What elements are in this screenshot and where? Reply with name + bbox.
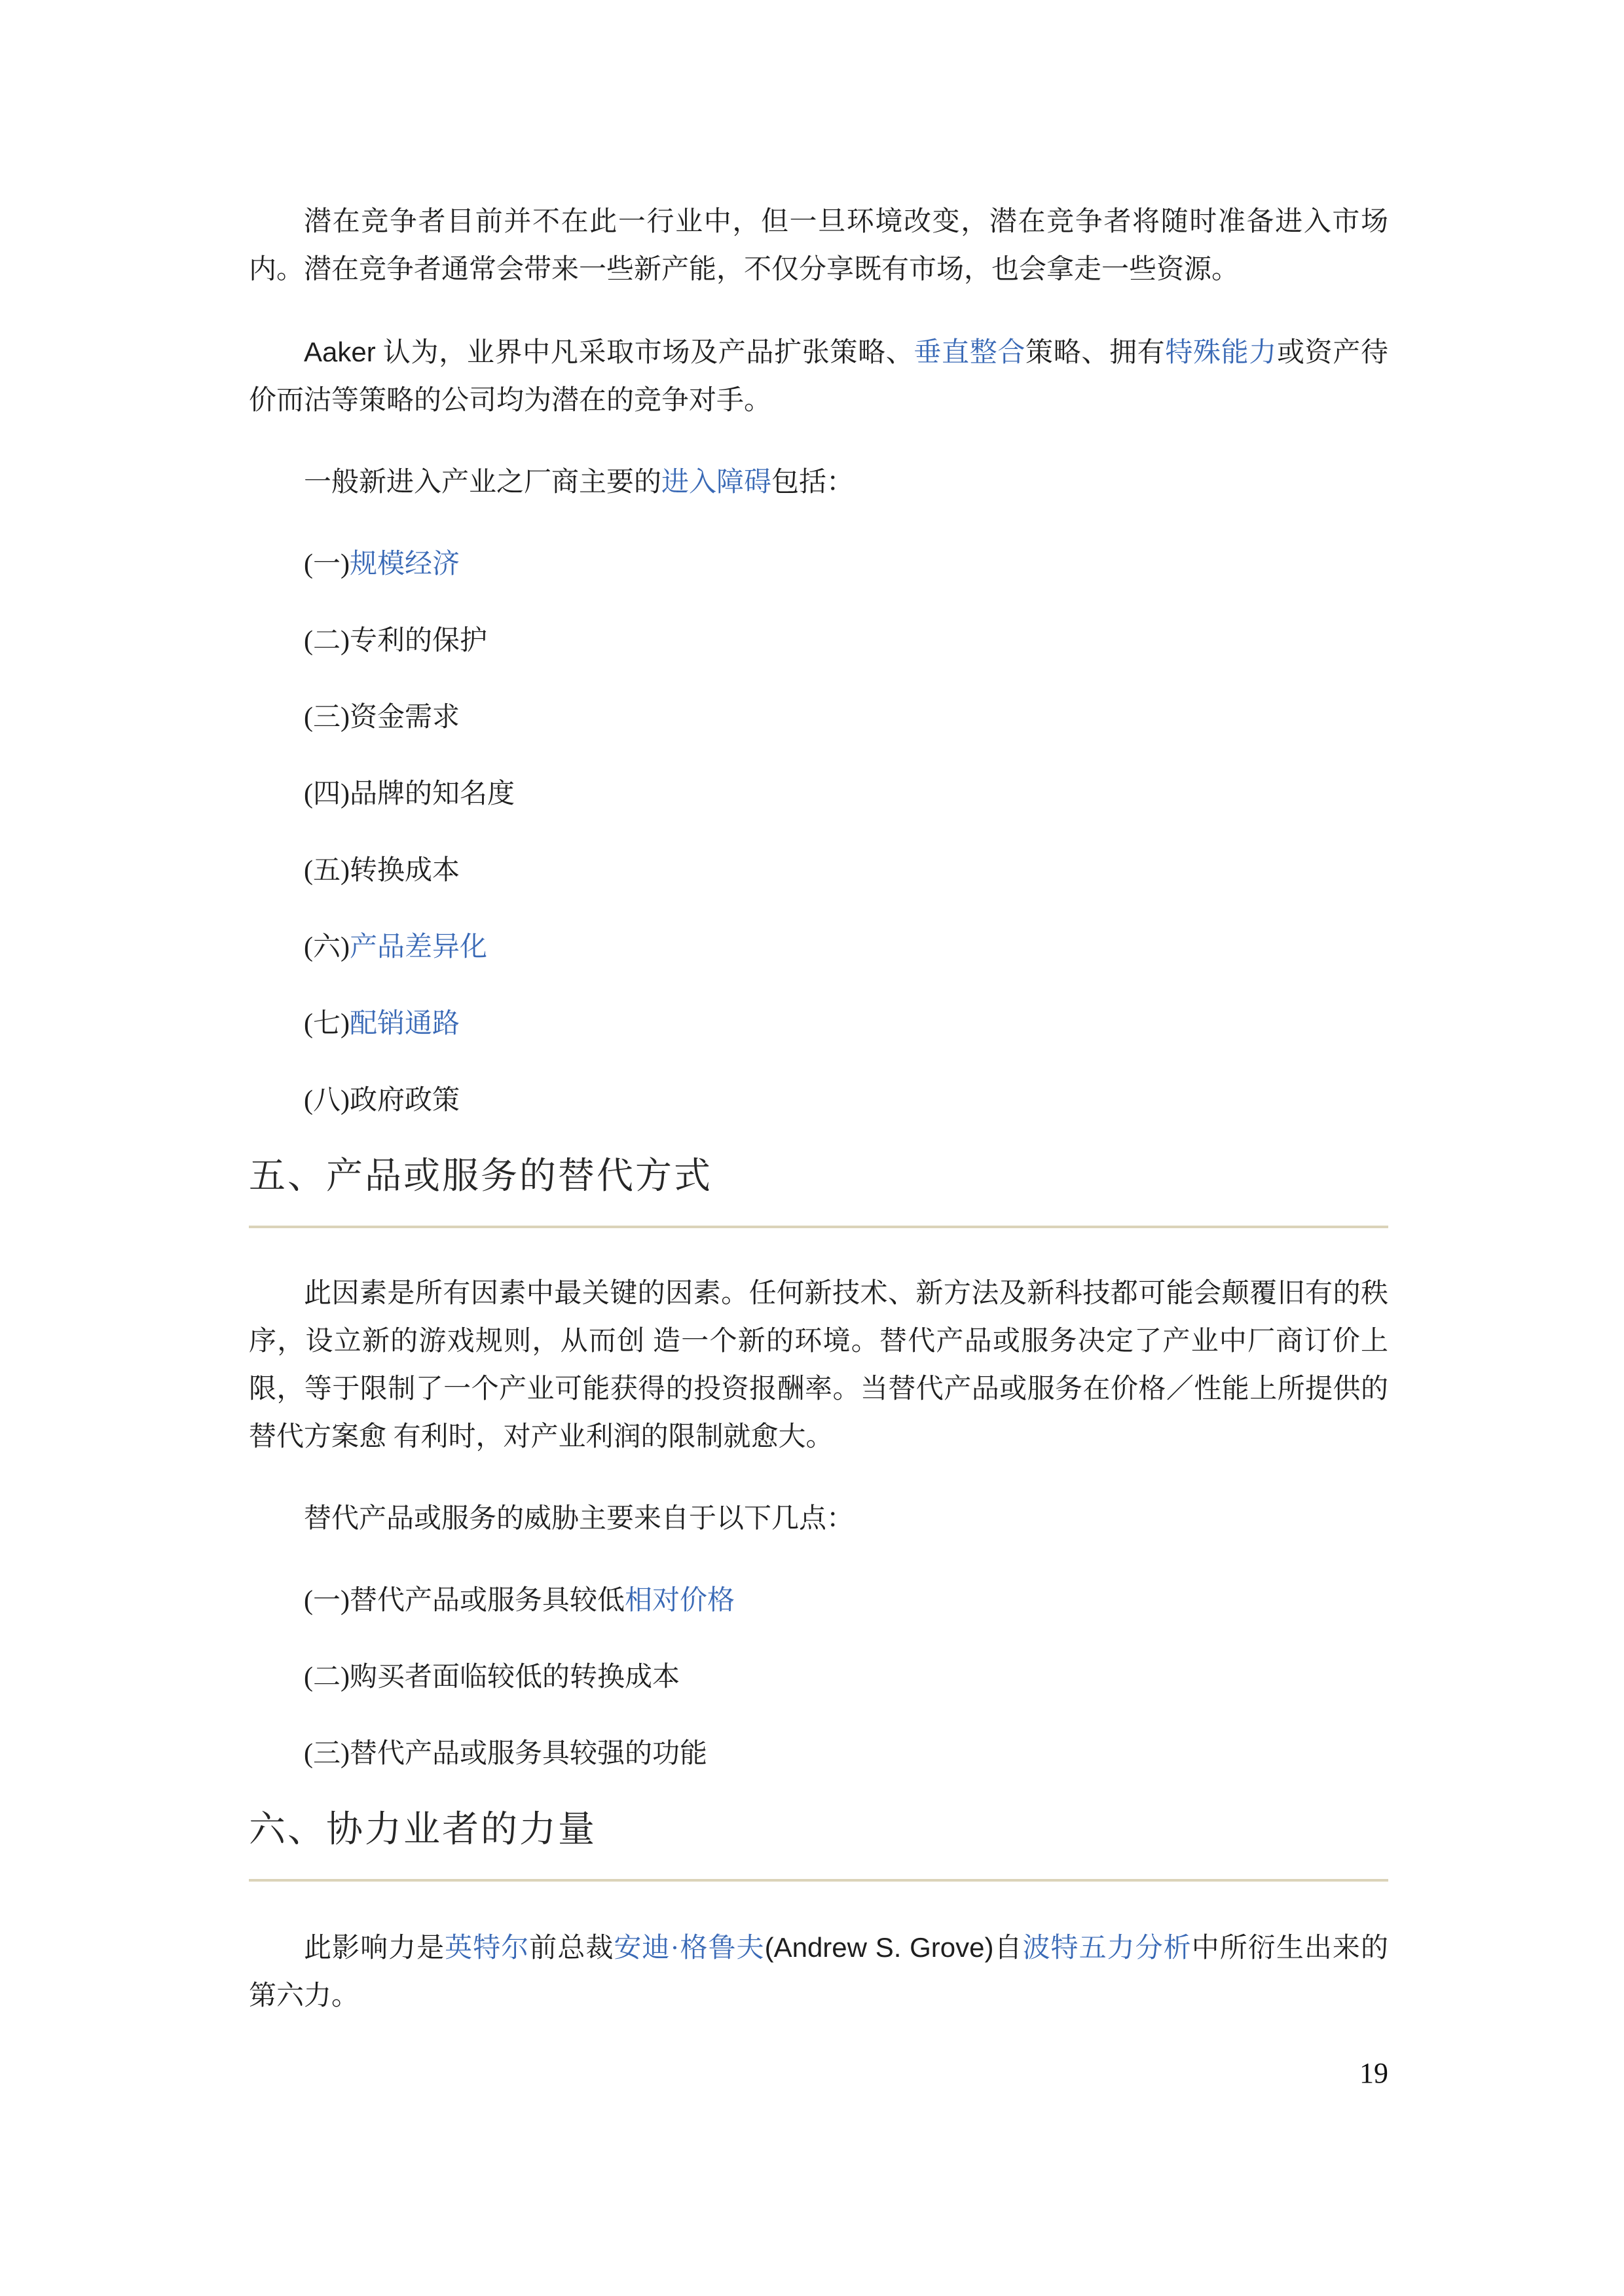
- link-porter-five-forces[interactable]: 波特五力分析: [1023, 1933, 1192, 1963]
- text-run: (五)转换成本: [304, 856, 460, 886]
- page-content: 潜在竞争者目前并不在此一行业中，但一旦环境改变，潜在竞争者将随时准备进入市场内。…: [249, 198, 1388, 2090]
- text-run: 前总裁: [529, 1933, 614, 1963]
- list-item-economies-of-scale: (一)规模经济: [249, 541, 1388, 589]
- section-heading-complementors: 六、协力业者的力量: [249, 1808, 1388, 1882]
- list-item-switching-costs: (五)转换成本: [249, 847, 1388, 895]
- text-run: 替代产品或服务的威胁主要来自于以下几点：: [304, 1504, 854, 1534]
- section-heading-substitutes: 五、产品或服务的替代方式: [249, 1155, 1388, 1228]
- item-prefix: (一)替代产品或服务具较低: [304, 1586, 625, 1616]
- paragraph-aaker: Aaker 认为，业界中凡采取市场及产品扩张策略、垂直整合策略、拥有特殊能力或资…: [249, 328, 1388, 425]
- list-item-capital-requirements: (三)资金需求: [249, 694, 1388, 742]
- text-run: 自: [993, 1933, 1022, 1963]
- text-run: 包括：: [771, 467, 854, 498]
- link-product-differentiation[interactable]: 产品差异化: [350, 932, 487, 962]
- link-special-capability[interactable]: 特殊能力: [1165, 338, 1277, 368]
- text-run: (三)替代产品或服务具较强的功能: [304, 1739, 707, 1769]
- link-entry-barriers[interactable]: 进入障碍: [661, 467, 771, 498]
- text-run-andrew-grove-latin: (Andrew S. Grove): [765, 1932, 994, 1963]
- list-item-stronger-function: (三)替代产品或服务具较强的功能: [249, 1730, 1388, 1778]
- link-distribution-channels[interactable]: 配销通路: [350, 1009, 460, 1039]
- link-vertical-integration[interactable]: 垂直整合: [913, 338, 1025, 368]
- text-run: 此因素是所有因素中最关键的因素。任何新技术、新方法及新科技都可能会颠覆旧有的秩序…: [249, 1279, 1388, 1452]
- link-intel[interactable]: 英特尔: [445, 1933, 529, 1963]
- item-prefix: (七): [304, 1009, 350, 1039]
- text-run: 潜在竞争者目前并不在此一行业中，但一旦环境改变，潜在竞争者将随时准备进入市场内。…: [249, 207, 1388, 285]
- text-run: 策略、拥有: [1025, 338, 1165, 368]
- paragraph-substitute-threats-intro: 替代产品或服务的威胁主要来自于以下几点：: [249, 1495, 1388, 1543]
- paragraph-substitutes: 此因素是所有因素中最关键的因素。任何新技术、新方法及新科技都可能会颠覆旧有的秩序…: [249, 1270, 1388, 1461]
- text-run: (三)资金需求: [304, 702, 460, 733]
- list-item-brand-awareness: (四)品牌的知名度: [249, 771, 1388, 818]
- text-run: (四)品牌的知名度: [304, 779, 515, 809]
- list-item-patent-protection: (二)专利的保护: [249, 617, 1388, 665]
- text-run: 认为，业界中凡采取市场及产品扩张策略、: [376, 338, 914, 368]
- list-item-relative-price: (一)替代产品或服务具较低相对价格: [249, 1577, 1388, 1625]
- list-item-distribution-channels: (七)配销通路: [249, 1000, 1388, 1048]
- text-run: 一般新进入产业之厂商主要的: [304, 467, 661, 498]
- text-run: (八)政府政策: [304, 1085, 460, 1116]
- text-run-aaker: Aaker: [304, 337, 376, 367]
- text-run: 此影响力是: [304, 1933, 445, 1963]
- link-relative-price[interactable]: 相对价格: [625, 1586, 735, 1616]
- item-prefix: (一): [304, 549, 350, 579]
- item-prefix: (六): [304, 932, 350, 962]
- paragraph-sixth-force: 此影响力是英特尔前总裁安迪·格鲁夫(Andrew S. Grove)自波特五力分…: [249, 1923, 1388, 2020]
- text-run: (二)专利的保护: [304, 626, 487, 656]
- text-run: (二)购买者面临较低的转换成本: [304, 1662, 680, 1692]
- paragraph-potential-competitors: 潜在竞争者目前并不在此一行业中，但一旦环境改变，潜在竞争者将随时准备进入市场内。…: [249, 198, 1388, 294]
- link-andrew-grove[interactable]: 安迪·格鲁夫: [614, 1933, 764, 1963]
- list-item-government-policy: (八)政府政策: [249, 1077, 1388, 1125]
- link-economies-of-scale[interactable]: 规模经济: [350, 549, 460, 579]
- list-item-lower-switching-cost: (二)购买者面临较低的转换成本: [249, 1654, 1388, 1702]
- list-item-product-differentiation: (六)产品差异化: [249, 924, 1388, 972]
- paragraph-entry-barriers-intro: 一般新进入产业之厂商主要的进入障碍包括：: [249, 459, 1388, 507]
- page-number: 19: [249, 2057, 1388, 2090]
- document-page: 潜在竞争者目前并不在此一行业中，但一旦环境改变，潜在竞争者将随时准备进入市场内。…: [0, 0, 1624, 2296]
